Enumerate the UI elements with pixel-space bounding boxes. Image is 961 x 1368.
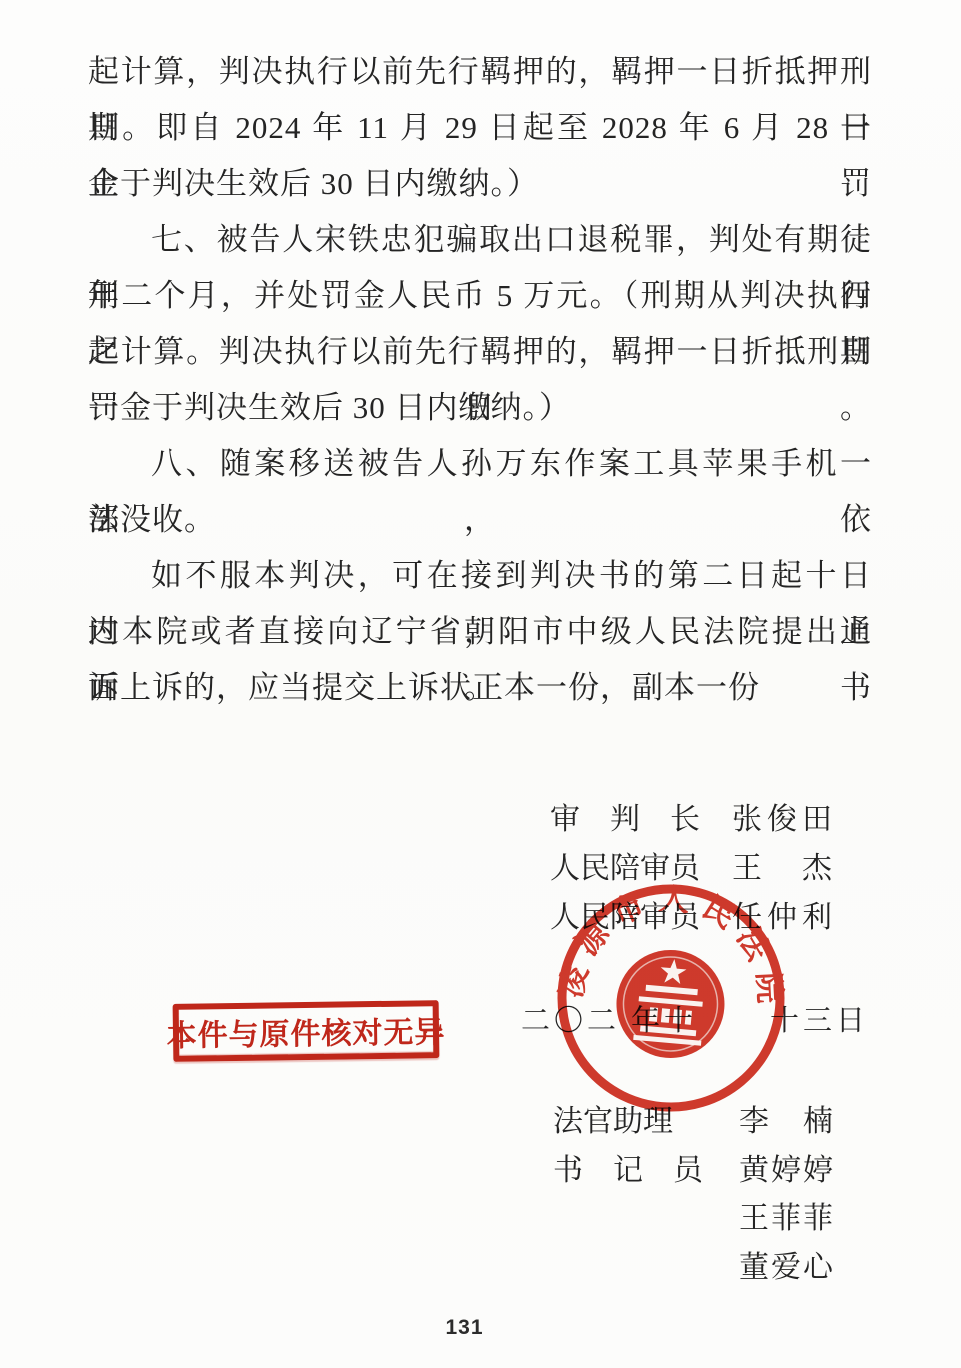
judgment-date-line: 二〇二 年十 十三日 <box>0 998 961 1032</box>
body-line: 如不服本判决，可在接到判决书的第二日起十日内，通 <box>88 548 872 604</box>
signature-row: 审 判 长 张俊田 <box>550 791 832 840</box>
court-seal: 凌源市人民法院 <box>543 870 799 1126</box>
body-line: 日。即自 2024 年 11 月 29 日起至 2028 年 6 月 28 日止… <box>88 100 872 156</box>
judgment-document-page: 起计算，判决执行以前先行羁押的，羁押一日折抵押刑期一 日。即自 2024 年 1… <box>0 0 961 1368</box>
body-line: 面上诉的，应当提交上诉状正本一份，副本一份 <box>88 660 872 716</box>
signature-name: 王 杰 <box>732 843 837 887</box>
national-emblem-icon <box>612 945 729 1062</box>
signature-name: 张俊田 <box>732 794 837 838</box>
body-line: 八、随案移送被告人孙万东作案工具苹果手机一部，依 <box>88 436 872 492</box>
verification-stamp-text: 本件与原件核对无异 <box>166 1007 446 1055</box>
body-line: 起计算。判决执行以前先行羁押的，羁押一日折抵刑期一日。 <box>88 324 872 380</box>
page-number: 131 <box>0 1316 945 1340</box>
signature-role: 书 记 员 <box>553 1145 703 1189</box>
body-line: 年二个月，并处罚金人民币 5 万元。（刑期从判决执行之日 <box>88 268 872 324</box>
signature-row: 董爱心 <box>553 1240 833 1289</box>
signature-row: 王菲菲 <box>553 1191 833 1240</box>
body-line: 七、被告人宋铁忠犯骗取出口退税罪，判处有期徒刑四 <box>88 212 872 268</box>
body-line: 起计算，判决执行以前先行羁押的，羁押一日折抵押刑期一 <box>88 44 872 100</box>
signature-row: 书 记 员 黄婷婷 <box>553 1143 833 1192</box>
page-number-value: 131 <box>445 1316 483 1339</box>
signature-role: 审 判 长 <box>550 794 700 838</box>
verification-stamp: 本件与原件核对无异 <box>173 1000 440 1062</box>
signature-name: 黄婷婷 <box>739 1145 835 1189</box>
signature-name: 王菲菲 <box>739 1193 835 1237</box>
body-line: 过本院或者直接向辽宁省朝阳市中级人民法院提出上诉。书 <box>88 604 872 660</box>
judgment-body: 起计算，判决执行以前先行羁押的，羁押一日折抵押刑期一 日。即自 2024 年 1… <box>88 44 872 716</box>
signature-name: 董爱心 <box>739 1242 835 1286</box>
staff-signature-block: 法官助理 李 楠 书 记 员 黄婷婷 王菲菲 董爱心 <box>553 1094 833 1288</box>
